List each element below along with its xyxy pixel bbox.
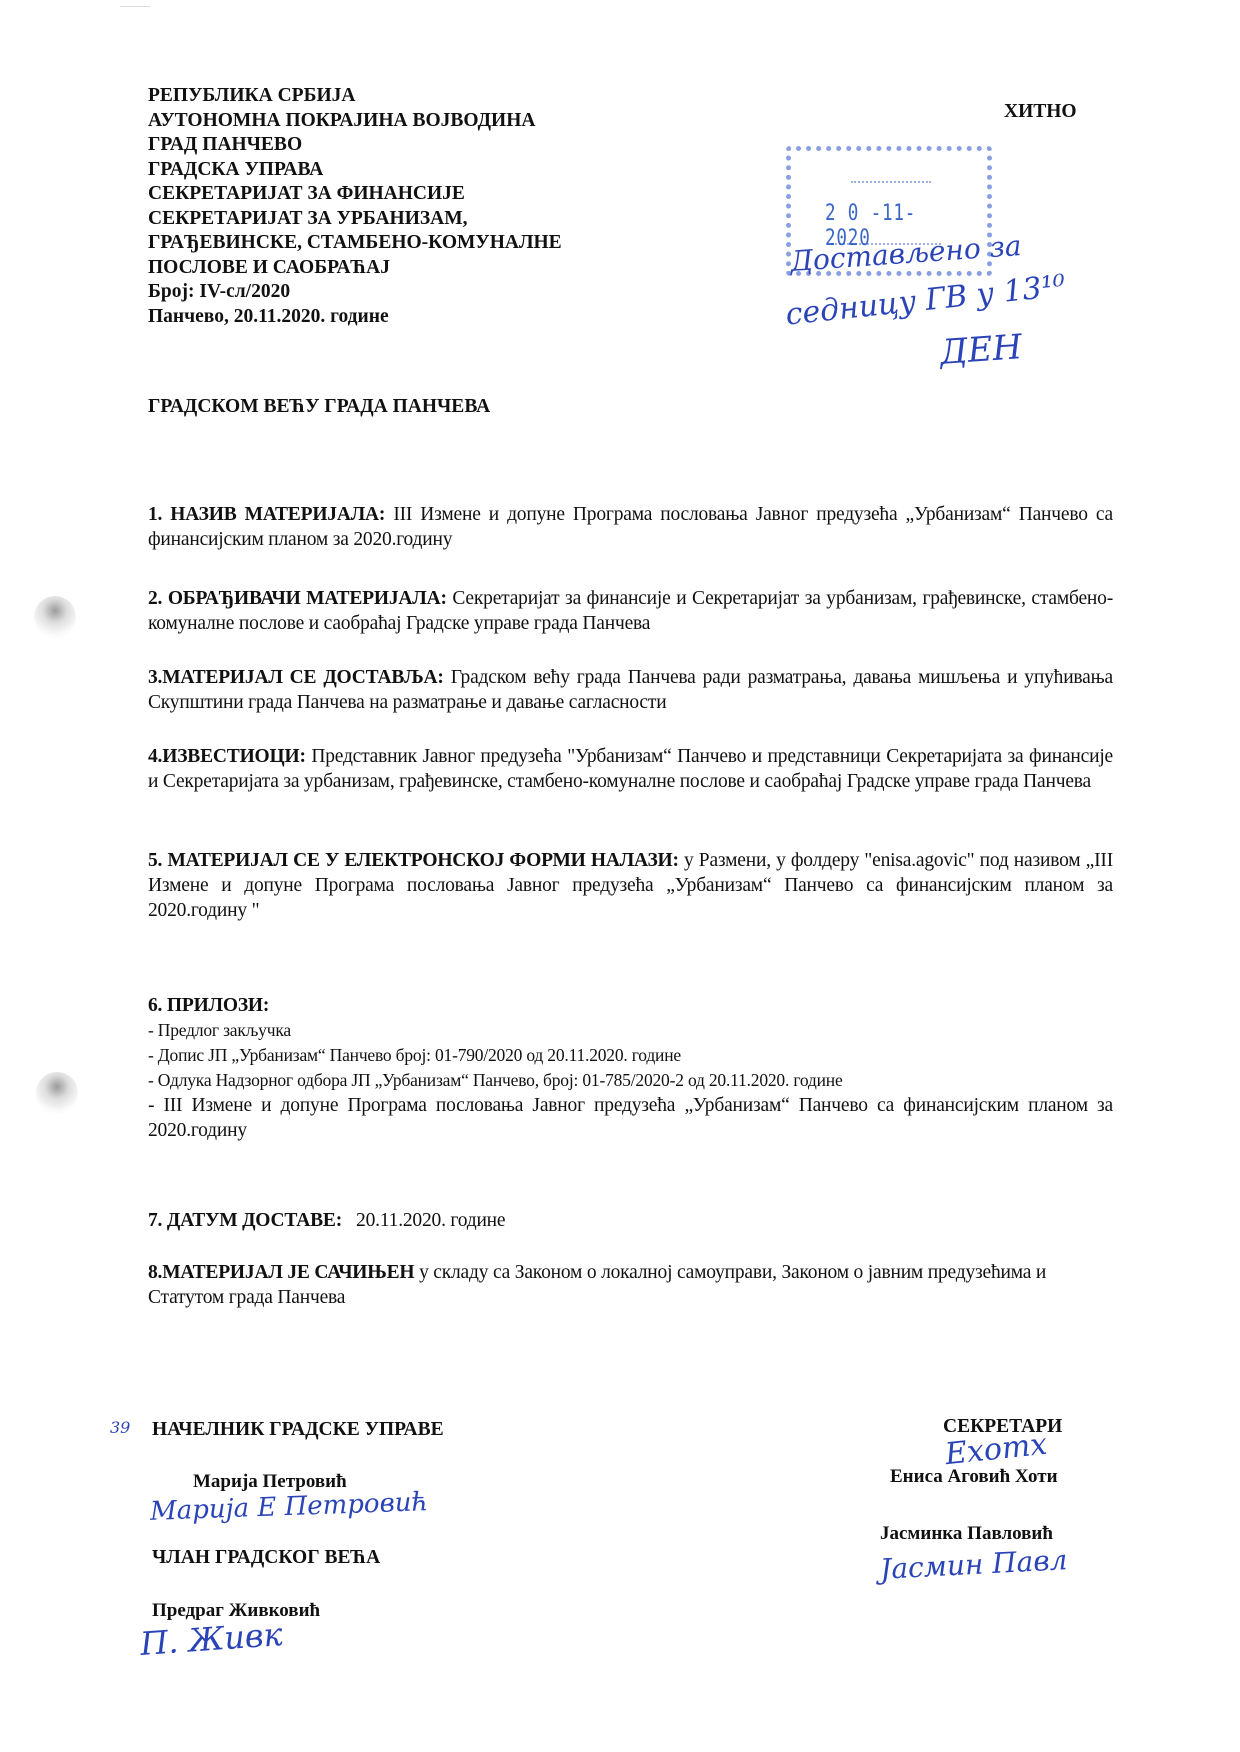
section-label: 1. НАЗИВ МАТЕРИЈАЛА:	[148, 504, 385, 525]
signatory-name: Марија Петровић	[193, 1471, 347, 1493]
section-prepared-by: 2. ОБРАЂИВАЧИ МАТЕРИЈАЛА: Секретаријат з…	[148, 586, 1113, 636]
attachment-item: - Допис ЈП „Урбанизам“ Панчево број: 01-…	[148, 1043, 1113, 1068]
header-line: ГРАД ПАНЧЕВО	[148, 133, 562, 158]
section-label: 3.МАТЕРИЈАЛ СЕ ДОСТАВЉА:	[148, 667, 444, 688]
hole-punch-top	[34, 596, 76, 638]
signatory-title: ЧЛАН ГРАДСКОГ ВЕЋА	[152, 1547, 380, 1569]
scan-artifact	[120, 6, 150, 7]
section-label: 8.МАТЕРИЈАЛ ЈЕ САЧИЊЕН	[148, 1262, 414, 1283]
section-delivery-date: 7. ДАТУМ ДОСТАВЕ: 20.11.2020. године	[148, 1208, 1113, 1233]
section-label: 2. ОБРАЂИВАЧИ МАТЕРИЈАЛА:	[148, 588, 447, 609]
section-delivered-to: 3.МАТЕРИЈАЛ СЕ ДОСТАВЉА: Градском већу г…	[148, 665, 1113, 715]
header-line: ПОСЛОВЕ И САОБРАЋАЈ	[148, 256, 562, 281]
header-line: ГРАДСКА УПРАВА	[148, 158, 562, 183]
section-compliance: 8.МАТЕРИЈАЛ ЈЕ САЧИЊЕН у складу са Закон…	[148, 1260, 1113, 1310]
document-place-date: Панчево, 20.11.2020. године	[148, 305, 562, 330]
page-mark: 39	[110, 1418, 130, 1437]
addressee: ГРАДСКОМ ВЕЋУ ГРАДА ПАНЧЕВА	[148, 396, 490, 418]
attachment-item: - Одлука Надзорног одбора ЈП „Урбанизам“…	[148, 1068, 1113, 1093]
signature: П. Живк	[139, 1615, 284, 1663]
section-label: 6. ПРИЛОЗИ:	[148, 995, 269, 1016]
section-label: 5. МАТЕРИЈАЛ СЕ У ЕЛЕКТРОНСКОЈ ФОРМИ НАЛ…	[148, 850, 679, 871]
signatory-title: НАЧЕЛНИК ГРАДСКЕ УПРАВЕ	[152, 1419, 444, 1441]
attachment-item: - Предлог закључка	[148, 1018, 1113, 1043]
section-label: 7. ДАТУМ ДОСТАВЕ:	[148, 1210, 342, 1231]
section-attachments: 6. ПРИЛОЗИ: - Предлог закључка - Допис Ј…	[148, 993, 1113, 1143]
handwritten-note-line: седницу ГВ у 13¹⁰	[784, 268, 1067, 332]
signature: Марија Е Петровић	[150, 1487, 429, 1527]
handwritten-note-line: ДЕН	[939, 327, 1024, 373]
header-line: СЕКРЕТАРИЈАТ ЗА УРБАНИЗАМ,	[148, 207, 562, 232]
header-line: АУТОНОМНА ПОКРАЈИНА ВОЈВОДИНА	[148, 109, 562, 134]
header-line: ГРАЂЕВИНСКЕ, СТАМБЕНО-КОМУНАЛНЕ	[148, 231, 562, 256]
stamp-line	[851, 181, 931, 183]
document-number: Број: IV-сл/2020	[148, 280, 562, 305]
issuer-header: РЕПУБЛИКА СРБИЈА АУТОНОМНА ПОКРАЈИНА ВОЈ…	[148, 84, 562, 329]
signatory-name: Јасминка Павловић	[880, 1523, 1053, 1545]
section-text: 20.11.2020. године	[342, 1210, 505, 1231]
section-electronic-location: 5. МАТЕРИЈАЛ СЕ У ЕЛЕКТРОНСКОЈ ФОРМИ НАЛ…	[148, 848, 1113, 923]
header-line: СЕКРЕТАРИЈАТ ЗА ФИНАНСИЈЕ	[148, 182, 562, 207]
section-label: 4.ИЗВЕСТИОЦИ:	[148, 746, 306, 767]
header-line: РЕПУБЛИКА СРБИЈА	[148, 84, 562, 109]
section-material-title: 1. НАЗИВ МАТЕРИЈАЛА: III Измене и допуне…	[148, 502, 1113, 552]
hole-punch-bottom	[36, 1072, 78, 1114]
signatory-name: Ениса Аговић Хоти	[890, 1466, 1058, 1488]
section-rapporteurs: 4.ИЗВЕСТИОЦИ: Представник Јавног предузе…	[148, 744, 1113, 794]
signature: Јасмин Павл	[879, 1543, 1068, 1586]
attachment-item: - III Измене и допуне Програма пословања…	[148, 1093, 1113, 1143]
urgent-label: ХИТНО	[1004, 101, 1077, 123]
